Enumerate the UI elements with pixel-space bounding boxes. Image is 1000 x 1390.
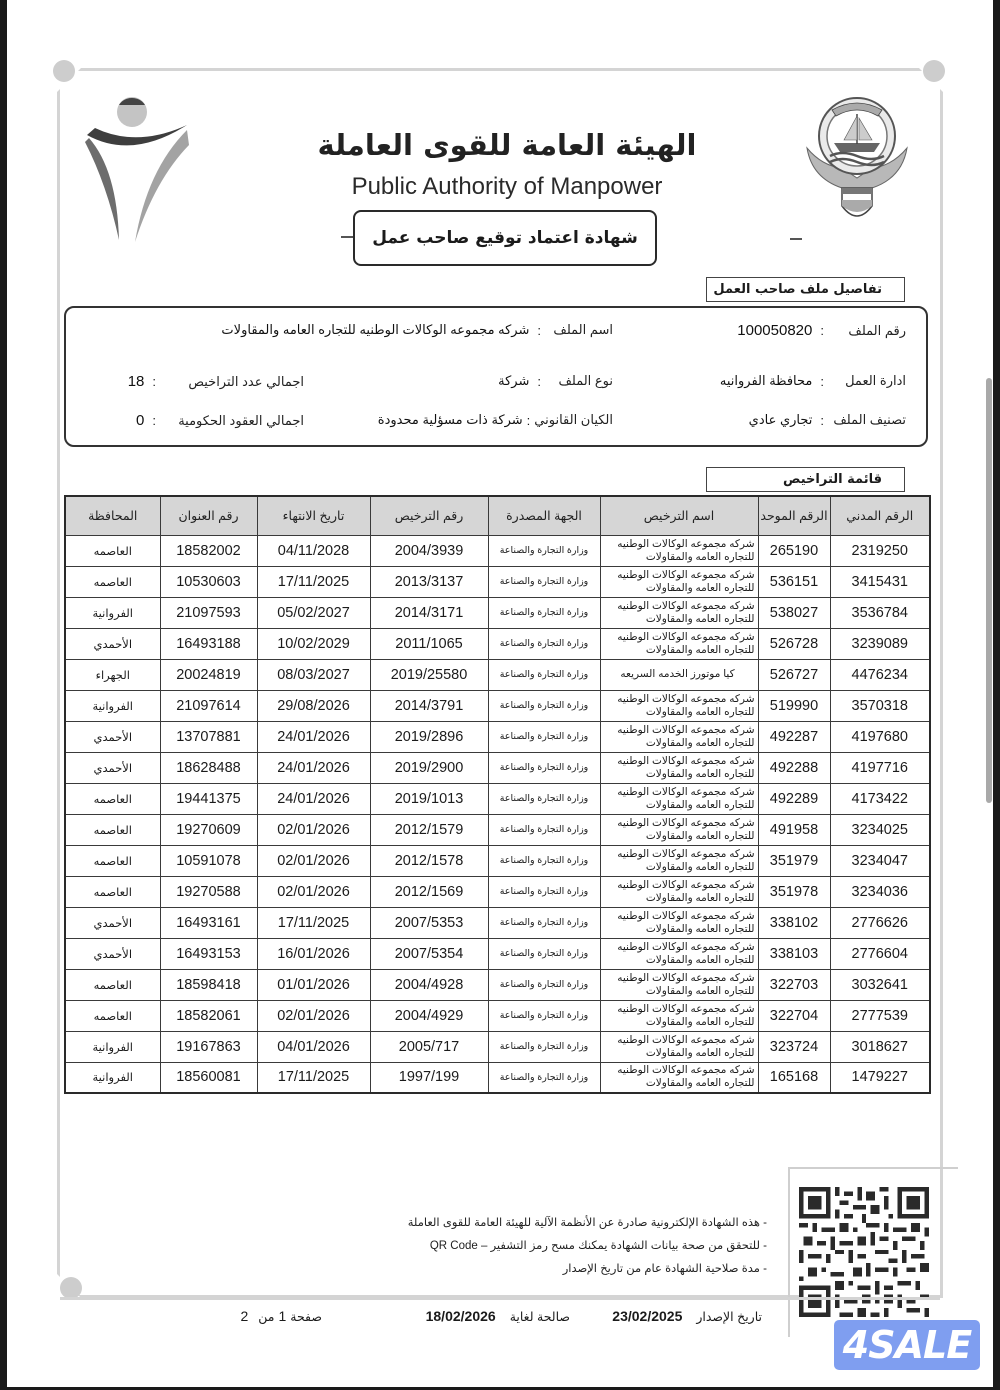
- vertical-scrollbar[interactable]: [984, 0, 993, 1387]
- detail-file-type: نوع الملف : شركة: [498, 373, 613, 389]
- table-row: 4197716 492288 شركه مجموعه الوكالات الوط…: [65, 752, 930, 783]
- table-row: 2319250 265190 شركه مجموعه الوكالات الوط…: [65, 535, 930, 566]
- table-row: 3234025 491958 شركه مجموعه الوكالات الوط…: [65, 814, 930, 845]
- table-row: 1479227 165168 شركه مجموعه الوكالات الوط…: [65, 1062, 930, 1093]
- column-header-governorate: المحافظة: [65, 496, 160, 535]
- licenses-table: الرقم المدني الرقم الموحد اسم الترخيص ال…: [64, 495, 931, 1094]
- 4sale-watermark: 4SALE: [834, 1320, 980, 1370]
- detail-total-licenses: اجمالي عدد التراخيص : 18: [128, 373, 304, 390]
- column-header-license-number: رقم الترخيص: [370, 496, 488, 535]
- table-row: 3234036 351978 شركه مجموعه الوكالات الوط…: [65, 876, 930, 907]
- table-row: 2776604 338103 شركه مجموعه الوكالات الوط…: [65, 938, 930, 969]
- column-header-issuer: الجهة المصدرة: [488, 496, 600, 535]
- details-row: تصنيف الملف : تجاري عادي الكيان القانوني…: [66, 412, 926, 432]
- licenses-table-body: 2319250 265190 شركه مجموعه الوكالات الوط…: [65, 535, 930, 1093]
- table-row: 3239089 526728 شركه مجموعه الوكالات الوط…: [65, 628, 930, 659]
- note-line: - مدة صلاحية الشهادة عام من تاريخ الإصدا…: [257, 1258, 767, 1281]
- column-header-unified-number: الرقم الموحد: [758, 496, 830, 535]
- page-indicator: صفحة 1 من 2: [212, 1305, 322, 1327]
- table-row: 4197680 492287 شركه مجموعه الوكالات الوط…: [65, 721, 930, 752]
- table-row: 3032641 322703 شركه مجموعه الوكالات الوط…: [65, 969, 930, 1000]
- detail-total-gov-contracts: اجمالي العقود الحكومية : 0: [136, 412, 304, 429]
- table-row: 2777539 322704 شركه مجموعه الوكالات الوط…: [65, 1000, 930, 1031]
- table-row: 4173422 492289 شركه مجموعه الوكالات الوط…: [65, 783, 930, 814]
- employer-details-box: رقم الملف : 100050820 اسم الملف : شركه م…: [64, 306, 928, 447]
- valid-until-date: صالحة لغاية 18/02/2026: [385, 1305, 570, 1327]
- document-viewport: الهيئة العامة للقوى العاملة Public Autho…: [7, 0, 993, 1387]
- frame-corner-dot: [923, 60, 945, 82]
- table-row: 4476234 526727 كيا موتورز الخدمه السريعه…: [65, 659, 930, 690]
- authority-title-arabic: الهيئة العامة للقوى العاملة: [317, 128, 697, 162]
- table-row: 2776626 338102 شركه مجموعه الوكالات الوط…: [65, 907, 930, 938]
- authority-title-english: Public Authority of Manpower: [307, 173, 707, 201]
- table-row: 3018627 323724 شركه مجموعه الوكالات الوط…: [65, 1031, 930, 1062]
- table-row: 3234047 351979 شركه مجموعه الوكالات الوط…: [65, 845, 930, 876]
- section-title-licenses: قائمة التراخيص: [706, 467, 905, 492]
- details-row: رقم الملف : 100050820 اسم الملف : شركه م…: [66, 322, 926, 342]
- frame-corner-dot: [53, 60, 75, 82]
- column-header-expiry-date: تاريخ الانتهاء: [257, 496, 370, 535]
- decorative-dash: [790, 238, 802, 240]
- scrollbar-thumb[interactable]: [986, 378, 992, 803]
- detail-legal-entity: الكيان القانوني : شركة ذات مسؤلية محدودة: [378, 412, 613, 428]
- note-line: - هذه الشهادة الإلكترونية صادرة عن الأنظ…: [257, 1212, 767, 1235]
- detail-labor-department: ادارة العمل : محافظة الفروانيه: [720, 373, 906, 389]
- issue-date: تاريخ الإصدار 23/02/2025: [592, 1305, 762, 1327]
- note-line: - للتحقق من صحة بيانات الشهادة يمكنك مسح…: [257, 1235, 767, 1258]
- table-row: 3415431 536151 شركه مجموعه الوكالات الوط…: [65, 566, 930, 597]
- column-header-address-number: رقم العنوان: [160, 496, 257, 535]
- column-header-license-name: اسم الترخيص: [600, 496, 758, 535]
- table-row: 3570318 519990 شركه مجموعه الوكالات الوط…: [65, 690, 930, 721]
- kuwait-emblem-icon: [802, 88, 912, 228]
- decorative-dash: [341, 236, 353, 238]
- frame-corner-dot: [60, 1277, 82, 1299]
- section-title-employer-details: تفاصيل ملف صاحب العمل: [706, 277, 905, 302]
- detail-file-name: اسم الملف : شركه مجموعه الوكالات الوطنيه…: [221, 322, 613, 338]
- details-row: ادارة العمل : محافظة الفروانيه نوع الملف…: [66, 373, 926, 393]
- table-row: 3536784 538027 شركه مجموعه الوكالات الوط…: [65, 597, 930, 628]
- table-header-row: الرقم المدني الرقم الموحد اسم الترخيص ال…: [65, 496, 930, 535]
- footer-divider: [60, 1297, 940, 1300]
- certificate-title: شهادة اعتماد توقيع صاحب عمل: [353, 210, 657, 266]
- detail-file-number: رقم الملف : 100050820: [737, 322, 906, 339]
- column-header-civil-number: الرقم المدني: [830, 496, 930, 535]
- certificate-notes: - هذه الشهادة الإلكترونية صادرة عن الأنظ…: [257, 1212, 767, 1281]
- manpower-authority-logo-icon: [77, 90, 192, 250]
- detail-file-classification: تصنيف الملف : تجاري عادي: [749, 412, 906, 428]
